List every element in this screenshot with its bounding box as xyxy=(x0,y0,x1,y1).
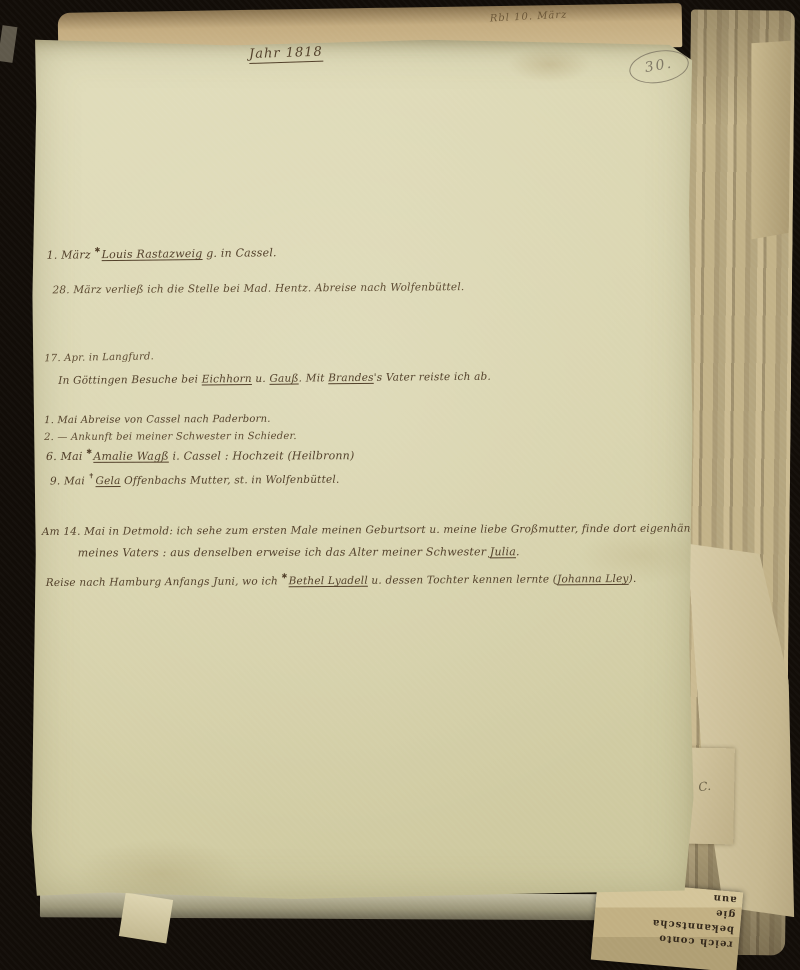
diary-entry: meines Vaters : aus denselben erweise ic… xyxy=(78,545,520,559)
diary-entry: 6. Mai ✱Amalie Wagß i. Cassel : Hochzeit… xyxy=(46,447,354,463)
diary-entry: 2. — Ankunft bei meiner Schwester in Sch… xyxy=(44,431,297,443)
photograph-of-manuscript: C. Rbl 10. März aungiebekanntschareich c… xyxy=(0,0,800,970)
annotation-mark: ✱ xyxy=(94,246,100,254)
diary-entry: 9. Mai ✝Gela Offenbachs Mutter, st. in W… xyxy=(50,471,340,488)
entry-text: 2. — Ankunft bei meiner Schwester in Sch… xyxy=(44,431,297,443)
entry-text: Offenbachs Mutter, st. in Wolfenbüttel. xyxy=(121,474,340,487)
entry-text: meines Vaters : aus denselben erweise ic… xyxy=(78,545,490,559)
annotation-mark: ✝ xyxy=(88,472,94,480)
entry-text: Louis Rastazweig xyxy=(102,247,203,261)
annotation-mark: ✱ xyxy=(281,572,287,580)
entry-text: Brandes xyxy=(328,372,374,384)
entry-text: Eichhorn xyxy=(202,373,252,385)
entry-text: . xyxy=(516,545,520,558)
entry-text: Am 14. Mai in Detmold: ich sehe zum erst… xyxy=(42,522,752,538)
entry-text: Bethel Lyadell xyxy=(289,575,368,588)
entry-text: 's Vater reiste ich ab. xyxy=(374,371,491,384)
entry-text: 6. Mai xyxy=(46,450,86,463)
manuscript-page: Jahr 1818 30. 1. März ✱Louis Rastazweig … xyxy=(29,37,696,901)
entry-text: g. in Cassel. xyxy=(202,246,276,260)
diary-entry: 1. Mai Abreise von Cassel nach Paderborn… xyxy=(44,414,271,426)
entry-text: 1. Mai Abreise von Cassel nach Paderborn… xyxy=(44,414,271,426)
entry-text: Reise nach Hamburg Anfangs Juni, wo ich xyxy=(46,575,282,589)
diary-entry: Reise nach Hamburg Anfangs Juni, wo ich … xyxy=(46,570,637,589)
newsprint-scraps: aungiebekanntschareich conto xyxy=(591,880,743,970)
entry-text: Johanna Lley xyxy=(557,573,629,585)
back-sheet-inscription: Rbl 10. März xyxy=(490,10,568,25)
paper-tab-bottom xyxy=(119,893,173,944)
diary-entry: In Göttingen Besuche bei Eichhorn u. Gau… xyxy=(58,371,491,387)
entry-text: 28. März verließ ich die Stelle bei Mad.… xyxy=(52,281,464,296)
entry-text: Julia xyxy=(490,545,516,558)
entry-text: Gauß xyxy=(269,373,298,385)
folded-sheet-edge xyxy=(745,39,796,240)
entry-text: . Mit xyxy=(299,372,329,384)
entry-text: 1. März xyxy=(47,248,95,262)
page-stains xyxy=(29,37,696,901)
diary-entry: 28. März verließ ich die Stelle bei Mad.… xyxy=(52,281,464,296)
entry-text: 17. Apr. in Langfurd. xyxy=(44,351,154,364)
entry-text: u. xyxy=(252,373,270,385)
paper-sliver-left xyxy=(0,25,17,63)
entry-text: In Göttingen Besuche bei xyxy=(58,373,202,386)
diary-entry: 17. Apr. in Langfurd. xyxy=(44,351,154,364)
annotation-mark: ✱ xyxy=(86,448,92,456)
page-title-year: Jahr 1818 xyxy=(249,45,323,64)
page-number-pencil: 30. xyxy=(627,46,692,88)
entry-text: u. dessen Tochter kennen lernte ( xyxy=(368,573,557,586)
entry-text: Amalie Wagß xyxy=(93,450,169,463)
entry-text: i. Cassel : Hochzeit (Heilbronn) xyxy=(169,449,355,462)
protruding-page-tab: C. xyxy=(687,748,735,845)
entry-text: ). xyxy=(629,573,637,585)
entry-text: Gela xyxy=(95,475,120,487)
diary-entry: 1. März ✱Louis Rastazweig g. in Cassel. xyxy=(46,244,276,262)
tab-letter: C. xyxy=(697,776,734,794)
entry-text: 9. Mai xyxy=(50,475,89,487)
diary-entry: Am 14. Mai in Detmold: ich sehe zum erst… xyxy=(42,522,752,538)
